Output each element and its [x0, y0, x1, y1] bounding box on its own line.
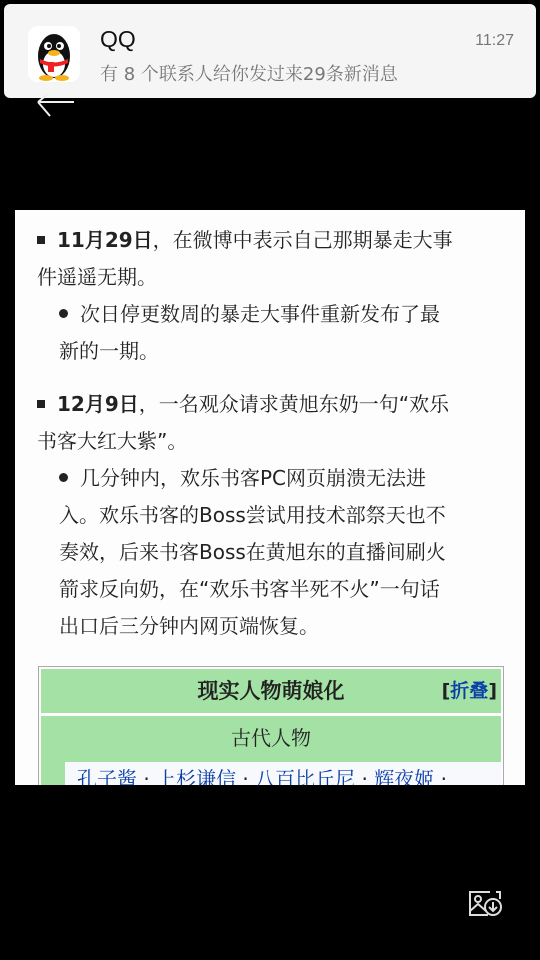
- qq-penguin-icon: [28, 26, 80, 82]
- sub-event-text: 次日停更数周的暴走大事件重新发布了最: [80, 302, 440, 326]
- square-bullet-icon: [37, 400, 45, 408]
- event-date: 11月29日: [57, 228, 153, 252]
- navbox: 现实人物萌娘化 [折叠] 古代人物 孔子酱 · 上杉谦信 · 八百比丘尼 · 辉…: [38, 666, 504, 785]
- article-content: 11月29日，在微博中表示自己那期暴走大事 件遥遥无期。 次日停更数周的暴走大事…: [15, 210, 525, 785]
- navbox-link[interactable]: 辉夜姬: [374, 767, 434, 785]
- sub-event-line: 箭求反向奶，在“欢乐书客半死不火”一句话: [59, 577, 440, 601]
- navbox-link[interactable]: 孔子酱: [77, 767, 137, 785]
- list-item: 次日停更数周的暴走大事件重新发布了最 新的一期。: [59, 296, 509, 370]
- sub-event-text-cont: 新的一期。: [59, 339, 159, 363]
- separator: ·: [355, 767, 374, 785]
- save-image-icon[interactable]: [468, 889, 504, 919]
- event-text-cont: 书客大红大紫”。: [37, 429, 187, 453]
- navbox-list: 孔子酱 · 上杉谦信 · 八百比丘尼 · 辉夜姬 ·: [65, 762, 501, 785]
- qq-notification[interactable]: QQ 11:27 有 8 个联系人给你发过来29条新消息: [4, 4, 536, 98]
- square-bullet-icon: [37, 236, 45, 244]
- event-date: 12月9日: [57, 392, 139, 416]
- separator: ·: [434, 767, 447, 785]
- navbox-title: 现实人物萌娘化 [折叠]: [41, 669, 501, 713]
- bracket: ]: [488, 680, 497, 702]
- navbox-link[interactable]: 八百比丘尼: [255, 767, 355, 785]
- event-text: ，在微博中表示自己那期暴走大事: [153, 228, 453, 252]
- navbox-link[interactable]: 上杉谦信: [156, 767, 236, 785]
- notification-app-name: QQ: [100, 26, 136, 53]
- list-item: 11月29日，在微博中表示自己那期暴走大事 件遥遥无期。: [37, 222, 507, 296]
- bracket: [: [442, 680, 451, 702]
- sub-event-line: 出口后三分钟内网页端恢复。: [59, 614, 319, 638]
- collapse-toggle[interactable]: [折叠]: [442, 669, 497, 713]
- back-arrow-icon[interactable]: [34, 94, 78, 122]
- dot-bullet-icon: [59, 473, 68, 482]
- sub-event-line: 几分钟内，欢乐书客PC网页崩溃无法进: [80, 466, 426, 490]
- navbox-title-text: 现实人物萌娘化: [198, 679, 345, 703]
- dot-bullet-icon: [59, 309, 68, 318]
- navbox-group-title: 古代人物: [41, 716, 501, 762]
- list-item: 几分钟内，欢乐书客PC网页崩溃无法进 入。欢乐书客的Boss尝试用技术部祭天也不…: [59, 460, 509, 645]
- sub-event-line: 奏效，后来书客Boss在黄旭东的直播间刷火: [59, 540, 446, 564]
- event-text-cont: 件遥遥无期。: [37, 265, 157, 289]
- event-text: ，一名观众请求黄旭东奶一句“欢乐: [139, 392, 449, 416]
- collapse-link[interactable]: 折叠: [450, 680, 488, 702]
- separator: ·: [137, 767, 156, 785]
- notification-time: 11:27: [475, 32, 514, 50]
- separator: ·: [236, 767, 255, 785]
- notification-message: 有 8 个联系人给你发过来29条新消息: [100, 60, 398, 86]
- sub-event-line: 入。欢乐书客的Boss尝试用技术部祭天也不: [59, 503, 446, 527]
- navbox-list-wrap: 孔子酱 · 上杉谦信 · 八百比丘尼 · 辉夜姬 ·: [41, 762, 501, 785]
- list-item: 12月9日，一名观众请求黄旭东奶一句“欢乐 书客大红大紫”。: [37, 386, 507, 460]
